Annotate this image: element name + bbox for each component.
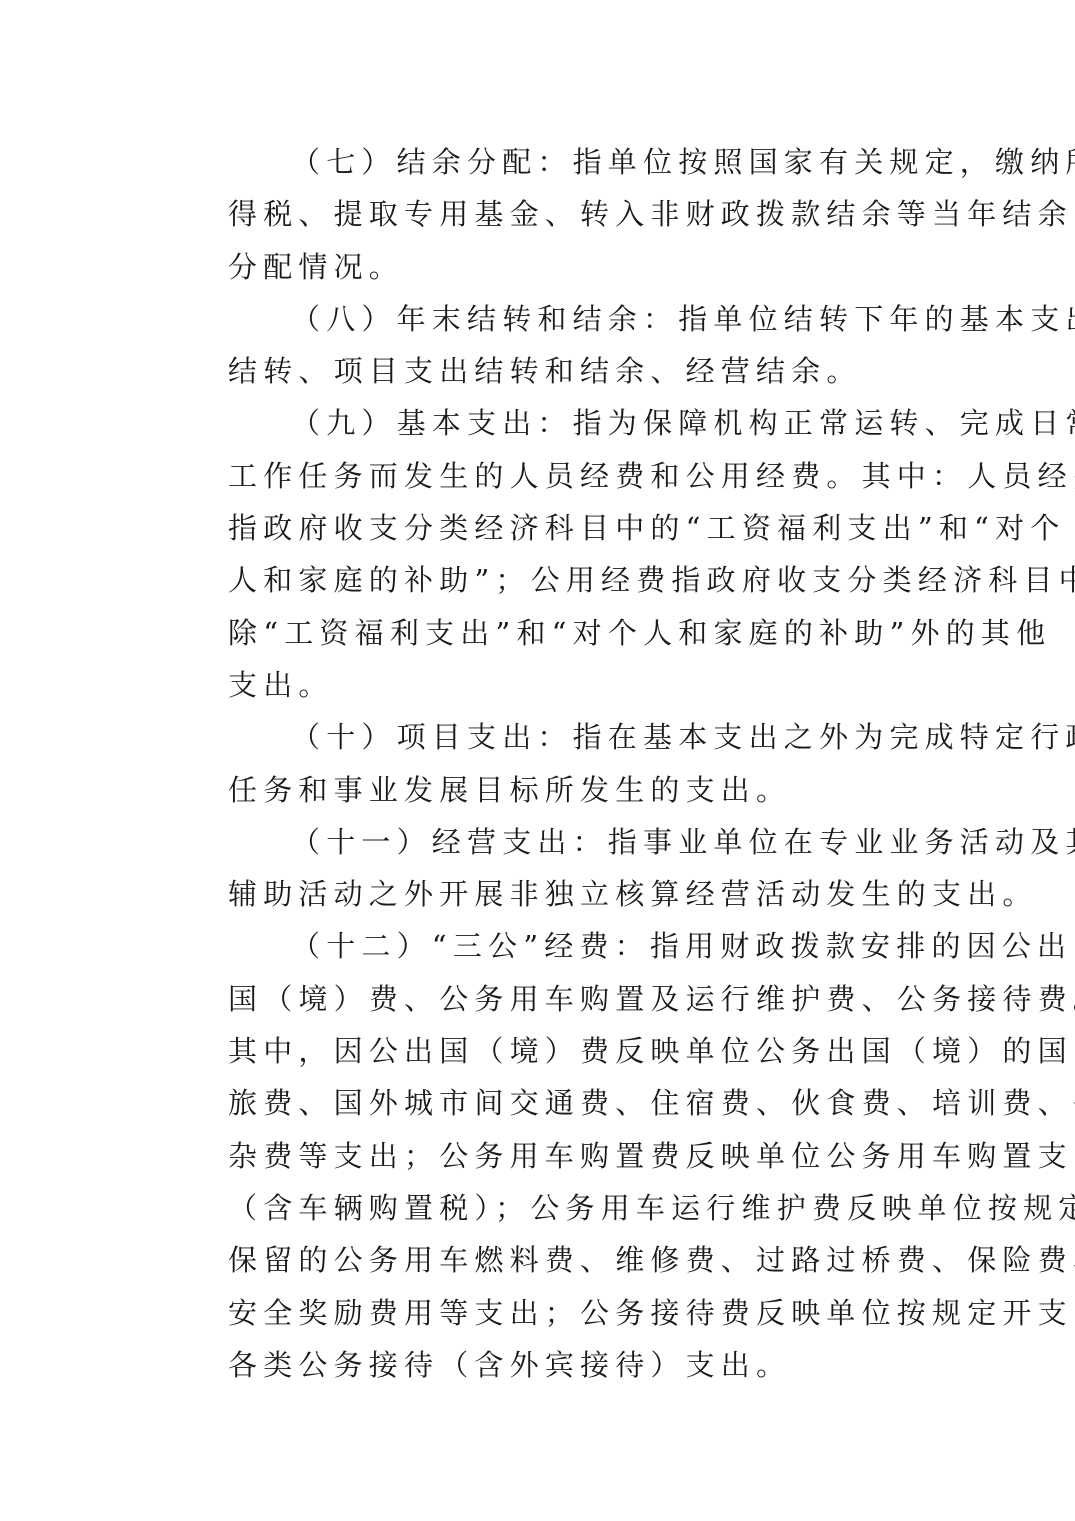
text-line: 任务和事业发展目标所发生的支出。 <box>165 764 885 816</box>
text-line: （十一）经营支出：指事业单位在专业业务活动及其 <box>165 816 885 868</box>
text-line: 分配情况。 <box>165 241 885 293</box>
text-line: （九）基本支出：指为保障机构正常运转、完成日常 <box>165 397 885 449</box>
text-line: 旅费、国外城市间交通费、住宿费、伙食费、培训费、公 <box>165 1077 885 1129</box>
paragraph-item-12: （十二）“三公”经费：指用财政拨款安排的因公出 国（境）费、公务用车购置及运行维… <box>165 920 885 1391</box>
text-line: 得税、提取专用基金、转入非财政拨款结余等当年结余的 <box>165 188 885 240</box>
paragraph-item-7: （七）结余分配：指单位按照国家有关规定，缴纳所 得税、提取专用基金、转入非财政拨… <box>165 136 885 293</box>
paragraph-item-11: （十一）经营支出：指事业单位在专业业务活动及其 辅助活动之外开展非独立核算经营活… <box>165 816 885 921</box>
text-line: （十）项目支出：指在基本支出之外为完成特定行政 <box>165 711 885 763</box>
paragraph-item-10: （十）项目支出：指在基本支出之外为完成特定行政 任务和事业发展目标所发生的支出。 <box>165 711 885 816</box>
text-line: 结转、项目支出结转和结余、经营结余。 <box>165 345 885 397</box>
text-line: 辅助活动之外开展非独立核算经营活动发生的支出。 <box>165 868 885 920</box>
text-line: 工作任务而发生的人员经费和公用经费。其中：人员经费 <box>165 450 885 502</box>
paragraph-item-8: （八）年末结转和结余：指单位结转下年的基本支出 结转、项目支出结转和结余、经营结… <box>165 293 885 398</box>
text-line: 保留的公务用车燃料费、维修费、过路过桥费、保险费、 <box>165 1234 885 1286</box>
text-line: 国（境）费、公务用车购置及运行维护费、公务接待费。 <box>165 973 885 1025</box>
text-line: 指政府收支分类经济科目中的“工资福利支出”和“对个 <box>165 502 885 554</box>
text-line: 支出。 <box>165 659 885 711</box>
text-line: （含车辆购置税）；公务用车运行维护费反映单位按规定 <box>165 1182 885 1234</box>
text-line: （八）年末结转和结余：指单位结转下年的基本支出 <box>165 293 885 345</box>
text-line: 安全奖励费用等支出；公务接待费反映单位按规定开支的 <box>165 1287 885 1339</box>
text-line: 各类公务接待（含外宾接待）支出。 <box>165 1339 885 1391</box>
text-line: 杂费等支出；公务用车购置费反映单位公务用车购置支出 <box>165 1130 885 1182</box>
text-line: （七）结余分配：指单位按照国家有关规定，缴纳所 <box>165 136 885 188</box>
text-line: （十二）“三公”经费：指用财政拨款安排的因公出 <box>165 920 885 972</box>
text-line: 除“工资福利支出”和“对个人和家庭的补助”外的其他 <box>165 607 885 659</box>
document-page: （七）结余分配：指单位按照国家有关规定，缴纳所 得税、提取专用基金、转入非财政拨… <box>165 136 885 1391</box>
text-line: 人和家庭的补助”；公用经费指政府收支分类经济科目中 <box>165 554 885 606</box>
paragraph-item-9: （九）基本支出：指为保障机构正常运转、完成日常 工作任务而发生的人员经费和公用经… <box>165 397 885 711</box>
text-line: 其中，因公出国（境）费反映单位公务出国（境）的国际 <box>165 1025 885 1077</box>
